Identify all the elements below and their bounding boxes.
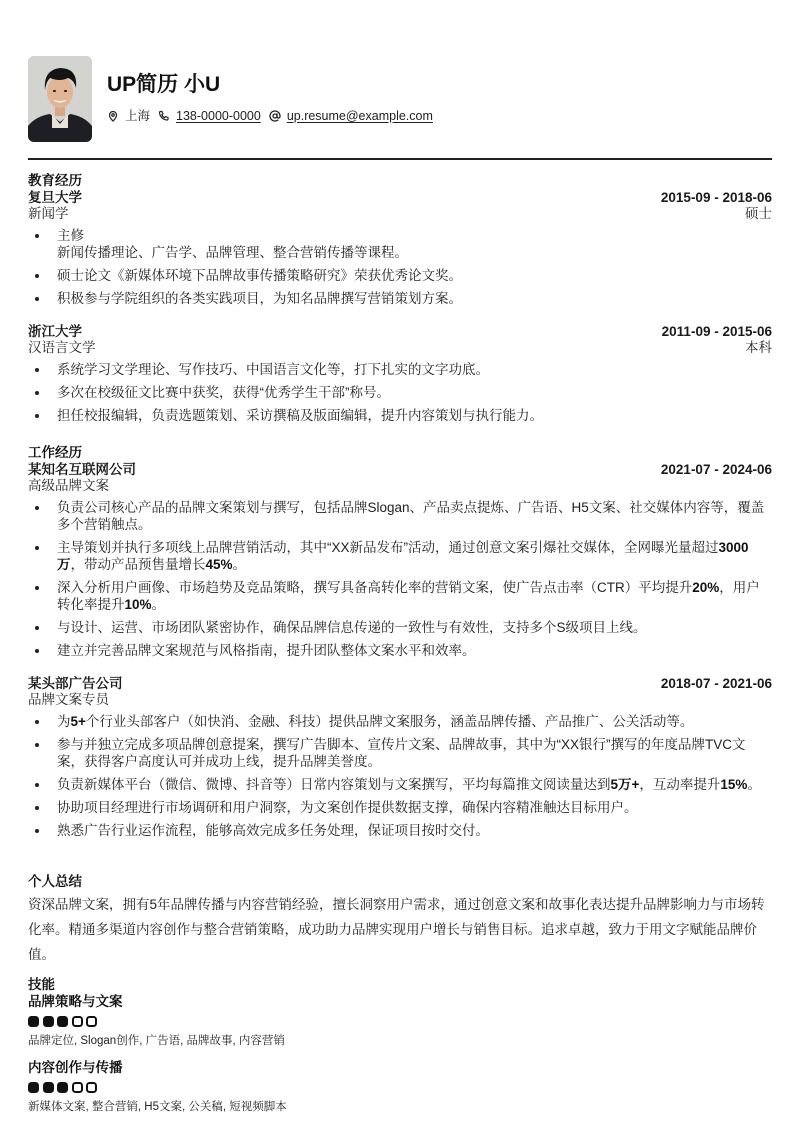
entry-date: 2018-07 - 2021-06 (661, 675, 772, 692)
entry-subheader: 品牌文案专员 (28, 691, 772, 707)
bullet-text: 主导策划并执行多项线上品牌营销活动，其中“XX新品发布”活动，通过创意文案引爆社… (57, 540, 719, 555)
list-item: 参与并独立完成多项品牌创意提案，撰写广告脚本、宣传片文案、品牌故事，其中为“XX… (28, 736, 772, 770)
phone[interactable]: 138-0000-0000 (158, 108, 261, 124)
rating-dot-filled-icon (28, 1016, 39, 1027)
at-sign-icon (269, 110, 281, 122)
email-link[interactable]: up.resume@example.com (287, 108, 433, 124)
summary-text: 资深品牌文案，拥有5年品牌传播与内容营销经验，擅长洞察用户需求，通过创意文案和故… (28, 892, 772, 967)
school-name: 浙江大学 (28, 324, 82, 339)
bullet-list: 系统学习文学理论、写作技巧、中国语言文化等，打下扎实的文字功底。 多次在校级征文… (28, 361, 772, 424)
bullet-text: 新闻传播理论、广告学、品牌管理、整合营销传播等课程。 (57, 244, 772, 261)
list-item: 深入分析用户画像、市场趋势及竞品策略，撰写具备高转化率的营销文案，使广告点击率（… (28, 579, 772, 613)
section-title-education: 教育经历 (28, 173, 772, 189)
entry-header: 某知名互联网公司 2021-07 - 2024-06 (28, 461, 772, 477)
company-name: 某知名互联网公司 (28, 462, 136, 477)
list-item: 与设计、运营、市场团队紧密协作，确保品牌信息传递的一致性与有效性，支持多个S级项… (28, 619, 772, 636)
rating-dot-empty-icon (72, 1082, 83, 1093)
list-item: 主导策划并执行多项线上品牌营销活动，其中“XX新品发布”活动，通过创意文案引爆社… (28, 539, 772, 573)
map-pin-icon (107, 110, 119, 122)
list-item: 多次在校级征文比赛中获奖，获得“优秀学生干部”称号。 (28, 384, 772, 401)
rating-dot-filled-icon (43, 1082, 54, 1093)
skill-rating (28, 1016, 772, 1028)
rating-dot-filled-icon (57, 1016, 68, 1027)
phone-link[interactable]: 138-0000-0000 (176, 108, 261, 124)
job-role: 高级品牌文案 (28, 478, 109, 493)
entry-header: 某头部广告公司 2018-07 - 2021-06 (28, 675, 772, 691)
rating-dot-filled-icon (57, 1082, 68, 1093)
bullet-text: 协助项目经理进行市场调研和用户洞察，为文案创作提供数据支撑，确保内容精准触达目标… (57, 800, 638, 815)
entry-subheader: 高级品牌文案 (28, 477, 772, 493)
skill-item: 品牌策略与文案 品牌定位, Slogan创作, 广告语, 品牌故事, 内容营销 (28, 993, 772, 1049)
list-item: 协助项目经理进行市场调研和用户洞察，为文案创作提供数据支撑，确保内容精准触达目标… (28, 799, 772, 816)
degree: 硕士 (745, 205, 772, 222)
location: 上海 (107, 108, 150, 124)
highlight-value: 5+ (71, 714, 86, 729)
bullet-text: 参与并独立完成多项品牌创意提案，撰写广告脚本、宣传片文案、品牌故事，其中为“XX… (57, 737, 746, 769)
list-item: 积极参与学院组织的各类实践项目，为知名品牌撰写营销策划方案。 (28, 290, 772, 307)
bullet-text: 负责新媒体平台（微信、微博、抖音等）日常内容策划与文案撰写，平均每篇推文阅读量达… (57, 777, 611, 792)
entry-date: 2011-09 - 2015-06 (662, 323, 772, 340)
education-section: 教育经历 复旦大学 2015-09 - 2018-06 新闻学 硕士 主修 新闻… (28, 173, 772, 313)
bullet-text: 。 (233, 557, 247, 572)
major: 新闻学 (28, 206, 69, 221)
skill-item: 内容创作与传播 新媒体文案, 整合营销, H5文案, 公关稿, 短视频脚本 (28, 1059, 772, 1115)
entry-subheader: 汉语言文学 本科 (28, 339, 772, 355)
bullet-text: 。 (747, 777, 761, 792)
highlight-value: 5万+ (611, 777, 640, 792)
skill-name: 品牌策略与文案 (28, 993, 772, 1010)
work-section: 工作经历 某知名互联网公司 2021-07 - 2024-06 高级品牌文案 负… (28, 445, 772, 665)
bullet-text: ，互动率提升 (639, 777, 720, 792)
resume-header: UP简历 小U 上海 138-0000-0000 (28, 56, 772, 142)
major: 汉语言文学 (28, 340, 96, 355)
list-item: 负责新媒体平台（微信、微博、抖音等）日常内容策划与文案撰写，平均每篇推文阅读量达… (28, 776, 772, 793)
rating-dot-empty-icon (86, 1016, 97, 1027)
section-title-summary: 个人总结 (28, 874, 772, 890)
skill-rating (28, 1082, 772, 1094)
bullet-text: 为 (57, 714, 71, 729)
location-text: 上海 (125, 108, 150, 124)
rating-dot-empty-icon (72, 1016, 83, 1027)
summary-section: 个人总结 资深品牌文案，拥有5年品牌传播与内容营销经验，擅长洞察用户需求，通过创… (28, 874, 772, 967)
bullet-text: 熟悉广告行业运作流程，能够高效完成多任务处理，保证项目按时交付。 (57, 823, 489, 838)
header-divider (28, 158, 772, 160)
avatar-illustration (28, 56, 92, 142)
rating-dot-filled-icon (43, 1016, 54, 1027)
list-item: 主修 新闻传播理论、广告学、品牌管理、整合营销传播等课程。 (28, 227, 772, 261)
company-name: 某头部广告公司 (28, 676, 123, 691)
skills-section: 技能 品牌策略与文案 品牌定位, Slogan创作, 广告语, 品牌故事, 内容… (28, 977, 772, 1115)
bullet-text: 。 (152, 597, 166, 612)
list-item: 熟悉广告行业运作流程，能够高效完成多任务处理，保证项目按时交付。 (28, 822, 772, 839)
bullet-text: 负责公司核心产品的品牌文案策划与撰写，包括品牌Slogan、产品卖点提炼、广告语… (57, 500, 764, 532)
entry-header: 浙江大学 2011-09 - 2015-06 (28, 323, 772, 339)
skill-keywords: 新媒体文案, 整合营销, H5文案, 公关稿, 短视频脚本 (28, 1100, 772, 1115)
highlight-value: 20% (692, 580, 719, 595)
entry-date: 2021-07 - 2024-06 (661, 461, 772, 478)
entry-header: 复旦大学 2015-09 - 2018-06 (28, 189, 772, 205)
list-item: 建立并完善品牌文案规范与风格指南，提升团队整体文案水平和效率。 (28, 642, 772, 659)
entry-subheader: 新闻学 硕士 (28, 205, 772, 221)
bullet-list: 主修 新闻传播理论、广告学、品牌管理、整合营销传播等课程。 硕士论文《新媒体环境… (28, 227, 772, 307)
highlight-value: 15% (720, 777, 747, 792)
highlight-value: 45% (206, 557, 233, 572)
list-item: 为5+个行业头部客户（如快消、金融、科技）提供品牌文案服务，涵盖品牌传播、产品推… (28, 713, 772, 730)
education-entry: 复旦大学 2015-09 - 2018-06 新闻学 硕士 主修 新闻传播理论、… (28, 189, 772, 307)
skill-keywords: 品牌定位, Slogan创作, 广告语, 品牌故事, 内容营销 (28, 1034, 772, 1049)
email[interactable]: up.resume@example.com (269, 108, 433, 124)
contact-info: 上海 138-0000-0000 up.resume@example.com (107, 108, 441, 124)
bullet-text: 个行业头部客户（如快消、金融、科技）提供品牌文案服务，涵盖品牌传播、产品推广、公… (86, 714, 694, 729)
school-name: 复旦大学 (28, 190, 82, 205)
rating-dot-empty-icon (86, 1082, 97, 1093)
profile-photo (28, 56, 92, 142)
list-item: 硕士论文《新媒体环境下品牌故事传播策略研究》荣获优秀论文奖。 (28, 267, 772, 284)
skill-name: 内容创作与传播 (28, 1059, 772, 1076)
bullet-text: 深入分析用户画像、市场趋势及竞品策略，撰写具备高转化率的营销文案，使广告点击率（… (57, 580, 692, 595)
work-entry: 某头部广告公司 2018-07 - 2021-06 品牌文案专员 为5+个行业头… (28, 675, 772, 845)
education-entry: 浙江大学 2011-09 - 2015-06 汉语言文学 本科 系统学习文学理论… (28, 323, 772, 430)
candidate-name: UP简历 小U (107, 72, 220, 98)
bullet-label: 主修 (57, 227, 772, 244)
highlight-value: 10% (125, 597, 152, 612)
phone-icon (158, 110, 170, 122)
list-item: 负责公司核心产品的品牌文案策划与撰写，包括品牌Slogan、产品卖点提炼、广告语… (28, 499, 772, 533)
entry-date: 2015-09 - 2018-06 (661, 189, 772, 206)
bullet-text: ，带动产品预售量增长 (71, 557, 206, 572)
job-role: 品牌文案专员 (28, 692, 109, 707)
bullet-text: 与设计、运营、市场团队紧密协作，确保品牌信息传递的一致性与有效性，支持多个S级项… (57, 620, 647, 635)
section-title-work: 工作经历 (28, 445, 772, 461)
list-item: 系统学习文学理论、写作技巧、中国语言文化等，打下扎实的文字功底。 (28, 361, 772, 378)
degree: 本科 (745, 339, 772, 356)
bullet-list: 为5+个行业头部客户（如快消、金融、科技）提供品牌文案服务，涵盖品牌传播、产品推… (28, 713, 772, 839)
section-title-skills: 技能 (28, 977, 772, 993)
list-item: 担任校报编辑，负责选题策划、采访撰稿及版面编辑，提升内容策划与执行能力。 (28, 407, 772, 424)
bullet-text: 建立并完善品牌文案规范与风格指南，提升团队整体文案水平和效率。 (57, 643, 476, 658)
bullet-list: 负责公司核心产品的品牌文案策划与撰写，包括品牌Slogan、产品卖点提炼、广告语… (28, 499, 772, 659)
rating-dot-filled-icon (28, 1082, 39, 1093)
